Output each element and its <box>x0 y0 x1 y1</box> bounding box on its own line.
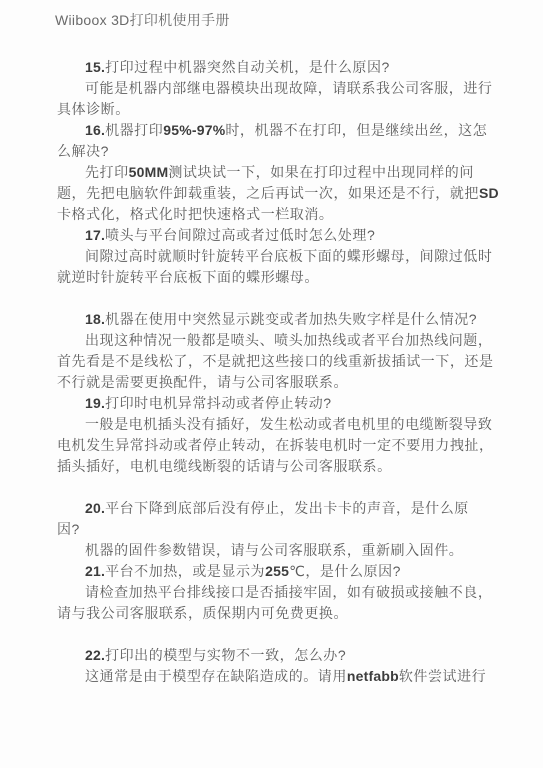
bold-text-run: netfabb <box>347 668 399 684</box>
text-run: 题，先把电脑软件卸载重装，之后再试一次，如果还是不行，就把 <box>57 185 479 201</box>
text-run: 卡格式化，格式化时把快速格式一栏取消。 <box>57 206 333 222</box>
bold-text-run: 95%-97% <box>163 122 225 138</box>
text-line: 机器的固件参数错误，请与公司客服联系，重新刷入固件。 <box>57 540 491 561</box>
text-line: 首先看是不是线松了，不是就把这些接口的线重新拔插试一下，还是 <box>57 351 491 372</box>
text-line: 出现这种情况一般都是喷头、喷头加热线或者平台加热线问题， <box>57 330 491 351</box>
text-line: 因? <box>57 519 491 540</box>
text-run: 请检查加热平台排线接口是否插接牢固，如有破损或接触不良， <box>85 584 492 600</box>
text-run: 首先看是不是线松了，不是就把这些接口的线重新拔插试一下，还是 <box>57 353 494 369</box>
text-line: 可能是机器内部继电器模块出现故障，请联系我公司客服，进行 <box>57 78 491 99</box>
text-line: 不行就是需要更换配件，请与公司客服联系。 <box>57 372 491 393</box>
text-line: 先打印50MM测试块试一下，如果在打印过程中出现同样的问 <box>57 162 491 183</box>
text-run: 测试块试一下，如果在打印过程中出现同样的问 <box>168 164 474 180</box>
text-run: 么解决? <box>57 143 109 159</box>
text-run: 机器的固件参数错误，请与公司客服联系，重新刷入固件。 <box>85 542 463 558</box>
text-run: 一般是电机插头没有插好，发生松动或者电机里的电缆断裂导致 <box>85 416 492 432</box>
text-line: 16.机器打印95%-97%时，机器不在打印，但是继续出丝，这怎 <box>57 120 491 141</box>
text-run: 软件尝试进行 <box>399 668 486 684</box>
text-run: 请与我公司客服联系，质保期内可免费更换。 <box>57 605 348 621</box>
bold-text-run: 21. <box>85 563 105 579</box>
text-line: 就逆时针旋转平台底板下面的蝶形螺母。 <box>57 267 491 288</box>
blank-line <box>57 624 491 645</box>
text-run: 出现这种情况一般都是喷头、喷头加热线或者平台加热线问题， <box>85 332 492 348</box>
text-line: 请与我公司客服联系，质保期内可免费更换。 <box>57 603 491 624</box>
text-run: 这通常是由于模型存在缺陷造成的。请用 <box>85 668 347 684</box>
bold-text-run: 17. <box>85 227 105 243</box>
text-line: 20.平台下降到底部后没有停止，发出卡卡的声音，是什么原 <box>57 498 491 519</box>
text-run: 打印出的模型与实物不一致，怎么办? <box>105 647 346 663</box>
text-line: 18.机器在使用中突然显示跳变或者加热失败字样是什么情况? <box>57 309 491 330</box>
text-line: 间隙过高时就顺时针旋转平台底板下面的蝶形螺母，间隙过低时 <box>57 246 491 267</box>
blank-line <box>57 477 491 498</box>
bold-text-run: SD <box>479 185 499 201</box>
bold-text-run: 22. <box>85 647 105 663</box>
document-title: Wiiboox 3D打印机使用手册 <box>55 12 230 29</box>
text-run: 打印时电机异常抖动或者停止转动? <box>105 395 332 411</box>
bold-text-run: 19. <box>85 395 105 411</box>
text-line: 具体诊断。 <box>57 99 491 120</box>
text-run: 电机发生异常抖动或者停止转动，在拆装电机时一定不要用力拽扯， <box>57 437 494 453</box>
text-line: 请检查加热平台排线接口是否插接牢固，如有破损或接触不良， <box>57 582 491 603</box>
text-run: ℃，是什么原因? <box>289 563 401 579</box>
text-line: 15.打印过程中机器突然自动关机，是什么原因? <box>57 57 491 78</box>
text-line: 21.平台不加热，或是显示为255℃，是什么原因? <box>57 561 491 582</box>
text-run: 因? <box>57 521 80 537</box>
text-line: 17.喷头与平台间隙过高或者过低时怎么处理? <box>57 225 491 246</box>
text-run: 打印过程中机器突然自动关机，是什么原因? <box>105 59 390 75</box>
text-run: 插头插好，电机电缆线断裂的话请与公司客服联系。 <box>57 458 392 474</box>
text-run: 间隙过高时就顺时针旋转平台底板下面的蝶形螺母，间隙过低时 <box>85 248 492 264</box>
text-line: 一般是电机插头没有插好，发生松动或者电机里的电缆断裂导致 <box>57 414 491 435</box>
text-line: 19.打印时电机异常抖动或者停止转动? <box>57 393 491 414</box>
text-line: 卡格式化，格式化时把快速格式一栏取消。 <box>57 204 491 225</box>
text-run: 就逆时针旋转平台底板下面的蝶形螺母。 <box>57 269 319 285</box>
blank-line <box>57 288 491 309</box>
manual-page: Wiiboox 3D打印机使用手册 15.打印过程中机器突然自动关机，是什么原因… <box>0 0 543 768</box>
text-run: 不行就是需要更换配件，请与公司客服联系。 <box>57 374 348 390</box>
text-run: 机器打印 <box>105 122 163 138</box>
text-line: 这通常是由于模型存在缺陷造成的。请用netfabb软件尝试进行 <box>57 666 491 687</box>
text-run: 机器在使用中突然显示跳变或者加热失败字样是什么情况? <box>105 311 477 327</box>
text-run: 喷头与平台间隙过高或者过低时怎么处理? <box>105 227 375 243</box>
bold-text-run: 16. <box>85 122 105 138</box>
bold-text-run: 255 <box>265 563 289 579</box>
bold-text-run: 20. <box>85 500 105 516</box>
text-line: 么解决? <box>57 141 491 162</box>
text-line: 22.打印出的模型与实物不一致，怎么办? <box>57 645 491 666</box>
text-line: 插头插好，电机电缆线断裂的话请与公司客服联系。 <box>57 456 491 477</box>
text-run: 时，机器不在打印，但是继续出丝，这怎 <box>225 122 487 138</box>
text-line: 电机发生异常抖动或者停止转动，在拆装电机时一定不要用力拽扯， <box>57 435 491 456</box>
text-run: 具体诊断。 <box>57 101 130 117</box>
text-run: 平台不加热，或是显示为 <box>105 563 265 579</box>
text-run: 先打印 <box>85 164 129 180</box>
document-body: 15.打印过程中机器突然自动关机，是什么原因?可能是机器内部继电器模块出现故障，… <box>57 57 491 687</box>
text-line: 题，先把电脑软件卸载重装，之后再试一次，如果还是不行，就把SD <box>57 183 491 204</box>
text-run: 可能是机器内部继电器模块出现故障，请联系我公司客服，进行 <box>85 80 492 96</box>
bold-text-run: 18. <box>85 311 105 327</box>
text-run: 平台下降到底部后没有停止，发出卡卡的声音，是什么原 <box>105 500 469 516</box>
bold-text-run: 50MM <box>129 164 169 180</box>
bold-text-run: 15. <box>85 59 105 75</box>
